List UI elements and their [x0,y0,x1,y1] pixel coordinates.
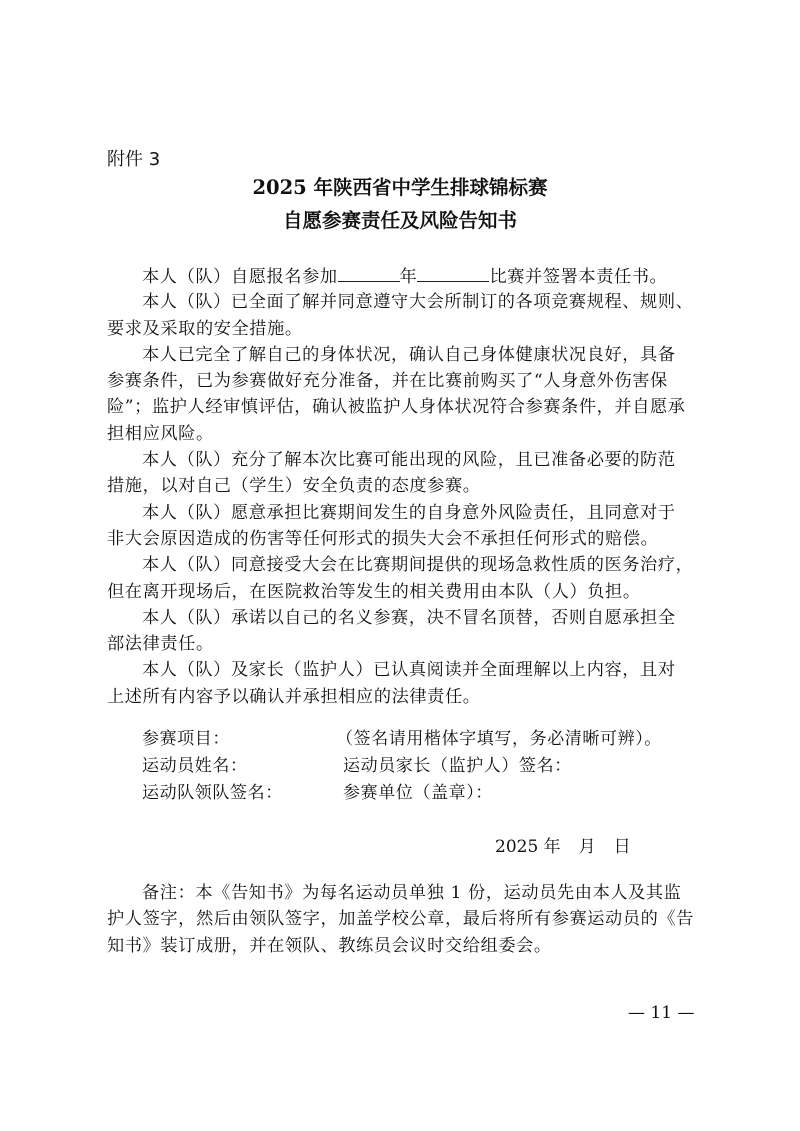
paragraph-enrollment: 本人（队）自愿报名参加年比赛并签署本责任书。 [107,263,701,289]
remarks-line: 知书》装订成册，并在领队、教练员会议时交给组委会。 [107,933,701,959]
remarks-line: 护人签字，然后由领队签字，加盖学校公章，最后将所有参赛运动员的《告 [107,906,701,932]
competition-blank-field[interactable] [417,263,489,282]
paragraph-confirmation-line: 上述所有内容予以确认并承担相应的法律责任。 [107,684,701,710]
paragraph-risk-line: 措施，以对自己（学生）安全负责的态度参赛。 [107,473,701,499]
attachment-label: 附件 3 [107,145,160,171]
paragraph-health-line: 险”；监护人经审慎评估，确认被监护人身体状况符合参赛条件，并自愿承 [107,394,701,420]
date-year: 2025 年 [495,837,561,857]
paragraph-rules-line: 本人（队）已全面了解并同意遵守大会所制订的各项竞赛规程、规则、 [107,289,701,315]
paragraph-medical-line: 但在离开现场后，在医院救治等发生的相关费用由本队（人）负担。 [107,579,701,605]
paragraph-confirmation-line: 本人（队）及家长（监护人）已认真阅读并全面理解以上内容，且对 [107,657,701,683]
paragraph-liability-line: 本人（队）愿意承担比赛期间发生的自身意外风险责任，且同意对于 [107,500,701,526]
paragraph-risk-line: 本人（队）充分了解本次比赛可能出现的风险，且已准备必要的防范 [107,447,701,473]
signature-note: （签名请用楷体字填写，务必清晰可辨）。 [336,724,662,749]
document-body: 本人（队）自愿报名参加年比赛并签署本责任书。 本人（队）已全面了解并同意遵守大会… [107,263,701,710]
remarks-line: 备注：本《告知书》为每名运动员单独 1 份，运动员先由本人及其监 [107,880,701,906]
remarks: 备注：本《告知书》为每名运动员单独 1 份，运动员先由本人及其监 护人签字，然后… [107,880,701,959]
unit-seal-label: 参赛单位（盖章）： [343,778,493,803]
document-subtitle: 自愿参赛责任及风险告知书 [0,205,800,233]
paragraph-rules-line: 要求及采取的安全措施。 [107,316,701,342]
paragraph-health-line: 本人已完全了解自己的身体状况，确认自己身体健康状况良好，具备 [107,342,701,368]
document-page: 附件 3 2025 年陕西省中学生排球锦标赛 自愿参赛责任及风险告知书 本人（队… [0,0,800,1131]
paragraph-medical-line: 本人（队）同意接受大会在比赛期间提供的现场急救性质的医务治疗， [107,552,701,578]
page-number: — 11 — [628,1003,694,1023]
paragraph-identity-line: 部法律责任。 [107,631,701,657]
event-label: 参赛项目： [142,724,230,749]
date-day: 日 [614,837,631,857]
athlete-name-label: 运动员姓名： [142,751,248,776]
paragraph-health-line: 担相应风险。 [107,421,701,447]
paragraph-identity-line: 本人（队）承诺以自己的名义参赛，决不冒名顶替，否则自愿承担全 [107,605,701,631]
guardian-signature-label: 运动员家长（监护人）签名： [343,751,572,776]
paragraph-liability-line: 非大会原因造成的伤害等任何形式的损失大会不承担任何形式的赔偿。 [107,526,701,552]
team-leader-signature-label: 运动队领队签名： [142,778,283,803]
paragraph-health-line: 参赛条件，已为参赛做好充分准备，并在比赛前购买了“人身意外伤害保 [107,368,701,394]
year-blank-field[interactable] [338,263,400,282]
date-month: 月 [579,837,596,857]
signing-date: 2025 年月日 [495,832,649,857]
document-title: 2025 年陕西省中学生排球锦标赛 [0,172,800,200]
